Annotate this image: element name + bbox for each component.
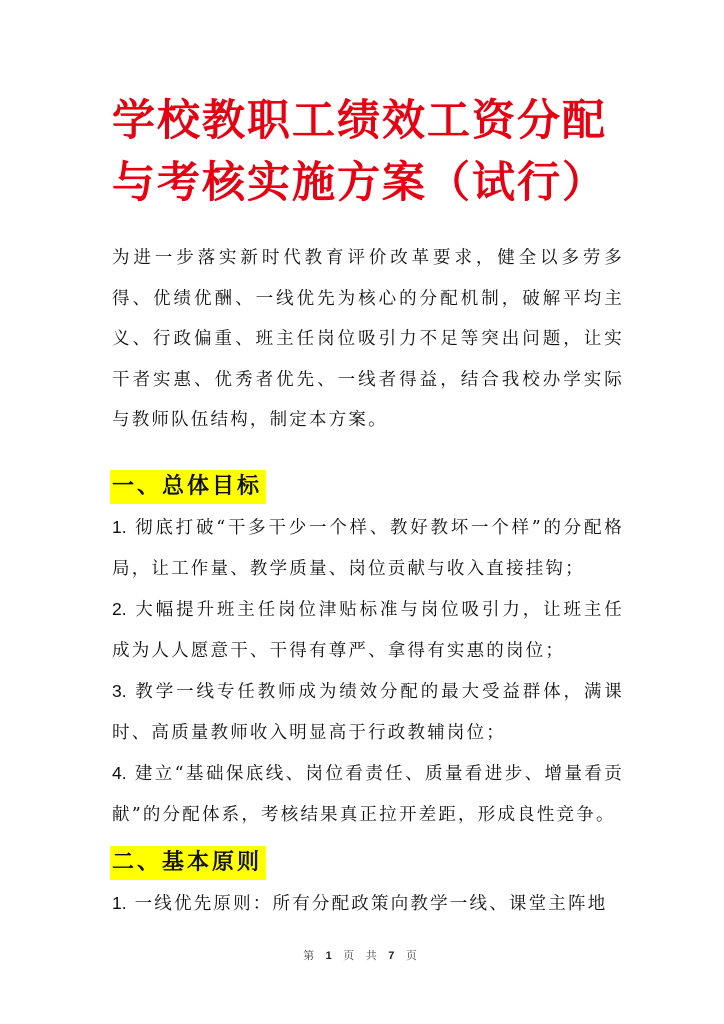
goal-item: 2.大幅提升班主任岗位津贴标准与岗位吸引力，让班主任成为人人愿意干、干得有尊严、…	[112, 589, 624, 671]
document-page: 学校教职工绩效工资分配 与考核实施方案（试行） 为进一步落实新时代教育评价改革要…	[0, 0, 724, 1024]
goal-item: 4.建立“基础保底线、岗位看责任、质量看进步、增量看贡献”的分配体系，考核结果真…	[112, 753, 624, 835]
section-heading-principles: 二、基本原则	[110, 846, 266, 880]
title-line-1: 学校教职工绩效工资分配	[112, 90, 632, 152]
document-title: 学校教职工绩效工资分配 与考核实施方案（试行）	[112, 90, 632, 214]
goal-item: 1.彻底打破“干多干少一个样、教好教坏一个样”的分配格局，让工作量、教学质量、岗…	[112, 507, 624, 589]
principle-item: 1.一线优先原则：所有分配政策向教学一线、课堂主阵地	[112, 883, 624, 925]
total-pages: 7	[388, 950, 398, 962]
section-heading-goals: 一、总体目标	[110, 470, 266, 504]
title-line-2: 与考核实施方案（试行）	[112, 152, 632, 214]
goal-item: 3.教学一线专任教师成为绩效分配的最大受益群体，满课时、高质量教师收入明显高于行…	[112, 671, 624, 753]
goals-list: 1.彻底打破“干多干少一个样、教好教坏一个样”的分配格局，让工作量、教学质量、岗…	[112, 507, 624, 835]
current-page: 1	[326, 950, 336, 962]
principles-list: 1.一线优先原则：所有分配政策向教学一线、课堂主阵地	[112, 883, 624, 925]
page-footer: 第 1 页 共 7 页	[0, 947, 724, 963]
intro-paragraph: 为进一步落实新时代教育评价改革要求，健全以多劳多得、优绩优酬、一线优先为核心的分…	[112, 238, 624, 441]
